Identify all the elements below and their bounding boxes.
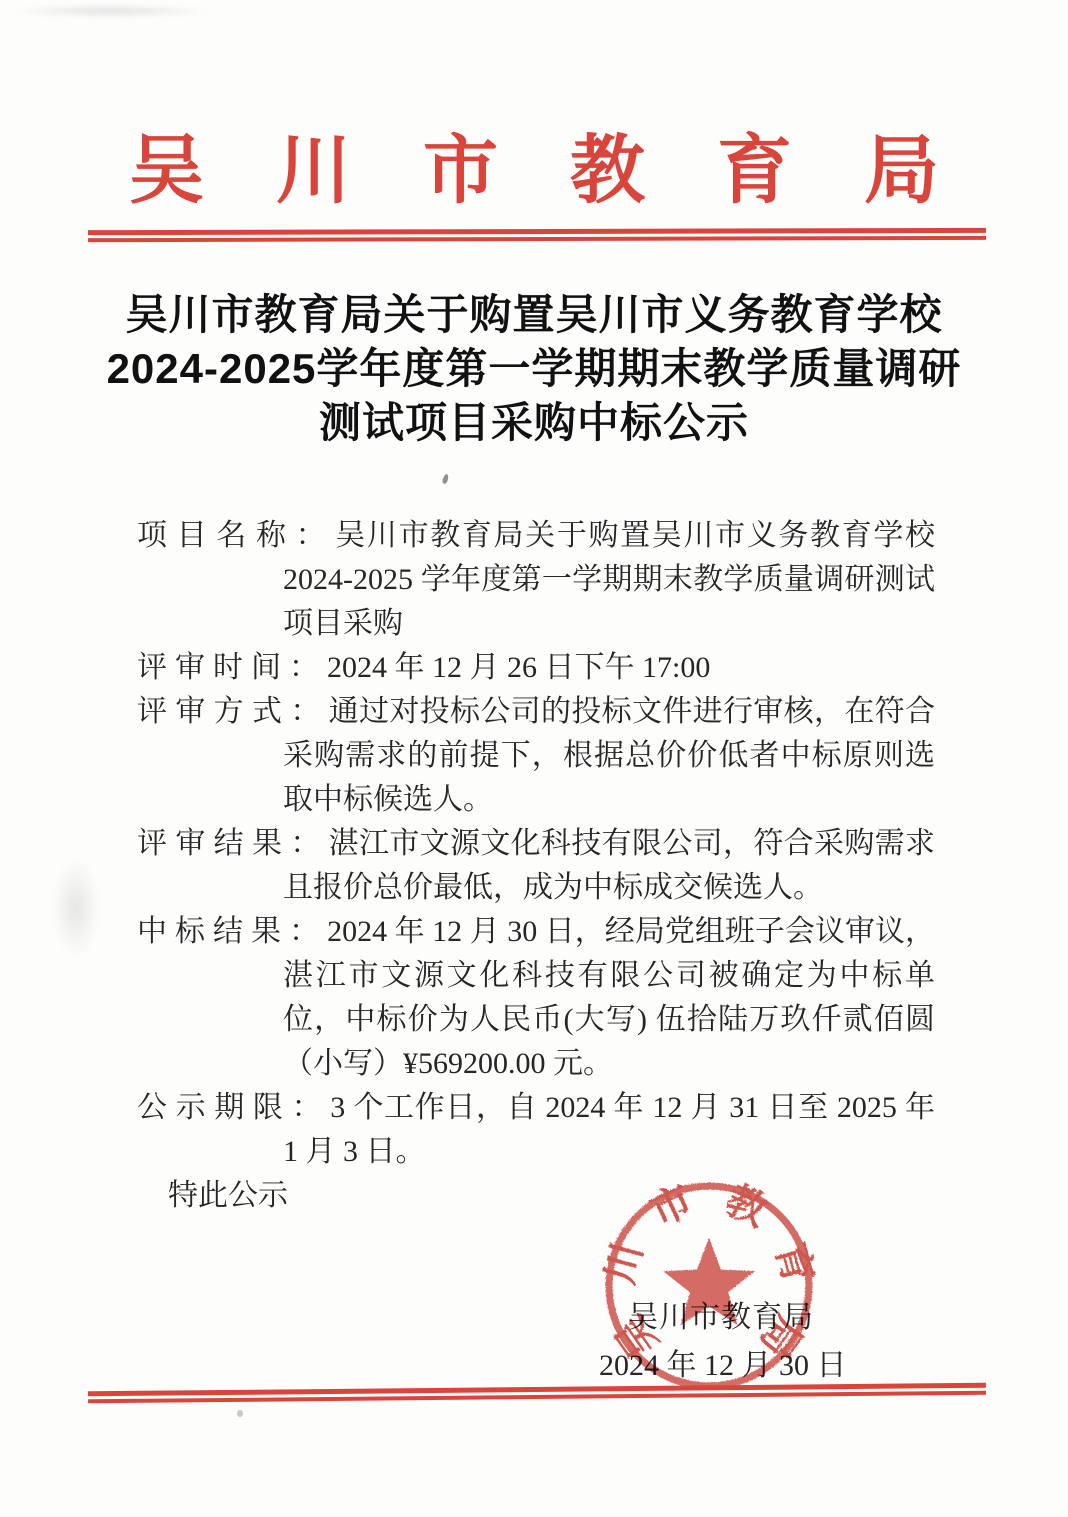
document-body: 项目名称：吴川市教育局关于购置吴川市义务教育学校 2024-2025 学年度第一…: [137, 514, 935, 1248]
scan-speck: [442, 473, 450, 484]
letterhead-agency-name: 吴川市教育局: [0, 124, 1068, 220]
field-label: 公示期限：: [137, 1091, 330, 1124]
field-label: 中标结果：: [137, 915, 327, 948]
field-content: 2024 年 12 月 26 日下午 17:00: [327, 651, 710, 684]
field-row-review-result: 评审结果：湛江市文源文化科技有限公司，符合采购需求且报价总价最低，成为中标成交候…: [137, 822, 935, 910]
field-content: 通过对投标公司的投标文件进行审核，在符合采购需求的前提下，根据总价价低者中标原则…: [283, 695, 935, 816]
field-content: 吴川市教育局关于购置吴川市义务教育学校 2024-2025 学年度第一学期期末教…: [283, 519, 935, 640]
document-title-line-2: 2024-2025学年度第一学期期末教学质量调研: [0, 342, 1068, 396]
document-title-line-3: 测试项目采购中标公示: [0, 396, 1068, 450]
field-label: 评审方式：: [137, 695, 329, 728]
footer-double-rule: [88, 1383, 986, 1404]
scanned-document-page: 吴川市教育局 吴川市教育局关于购置吴川市义务教育学校 2024-2025学年度第…: [0, 0, 1068, 1517]
closing-statement: 特此公示: [168, 1174, 935, 1218]
field-label: 项目名称：: [137, 519, 335, 552]
document-title-line-1: 吴川市教育局关于购置吴川市义务教育学校: [0, 288, 1068, 342]
field-row-project-name: 项目名称：吴川市教育局关于购置吴川市义务教育学校 2024-2025 学年度第一…: [137, 514, 935, 646]
field-label: 评审结果：: [137, 827, 329, 860]
signature-date: 2024 年 12 月 30 日: [599, 1340, 847, 1384]
field-row-review-time: 评审时间：2024 年 12 月 26 日下午 17:00: [137, 646, 935, 690]
field-row-review-method: 评审方式：通过对投标公司的投标文件进行审核，在符合采购需求的前提下，根据总价价低…: [137, 690, 935, 822]
field-label: 评审时间：: [137, 651, 327, 684]
scan-speck: [237, 1410, 243, 1417]
document-title: 吴川市教育局关于购置吴川市义务教育学校 2024-2025学年度第一学期期末教学…: [0, 288, 1068, 450]
field-content: 湛江市文源文化科技有限公司，符合采购需求且报价总价最低，成为中标成交候选人。: [283, 827, 935, 904]
signature-agency-name: 吴川市教育局: [628, 1292, 814, 1336]
scan-smudge: [10, 4, 210, 18]
letterhead-double-rule: [88, 228, 986, 242]
field-content: 2024 年 12 月 30 日，经局党组班子会议审议，湛江市文源文化科技有限公…: [283, 915, 935, 1080]
field-content: 3 个工作日，自 2024 年 12 月 31 日至 2025 年 1 月 3 …: [283, 1091, 935, 1168]
field-row-award-result: 中标结果：2024 年 12 月 30 日，经局党组班子会议审议，湛江市文源文化…: [137, 910, 935, 1086]
field-row-publicity-period: 公示期限：3 个工作日，自 2024 年 12 月 31 日至 2025 年 1…: [137, 1086, 935, 1174]
scan-smudge: [52, 858, 100, 958]
